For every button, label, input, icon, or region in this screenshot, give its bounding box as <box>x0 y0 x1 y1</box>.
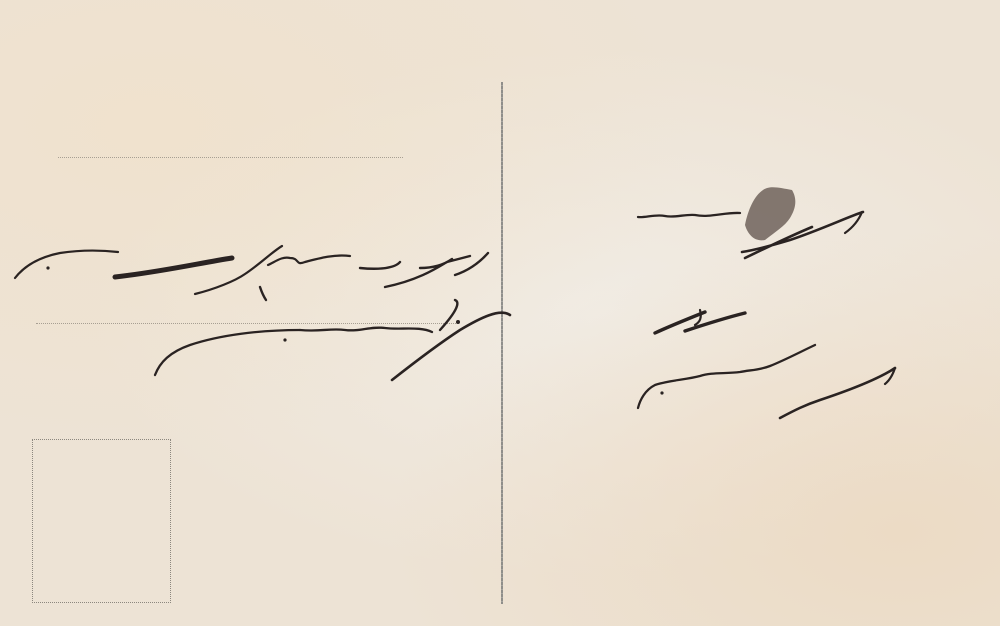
postcard-back: stamp area <box>0 0 1000 626</box>
handwriting-roma <box>638 187 863 258</box>
handwriting-di <box>655 310 745 333</box>
handwriting-ink <box>0 0 1000 626</box>
handwriting-signorina <box>155 300 510 380</box>
handwriting-maria-crostani <box>15 246 488 300</box>
handwriting-ongaro <box>638 345 895 418</box>
